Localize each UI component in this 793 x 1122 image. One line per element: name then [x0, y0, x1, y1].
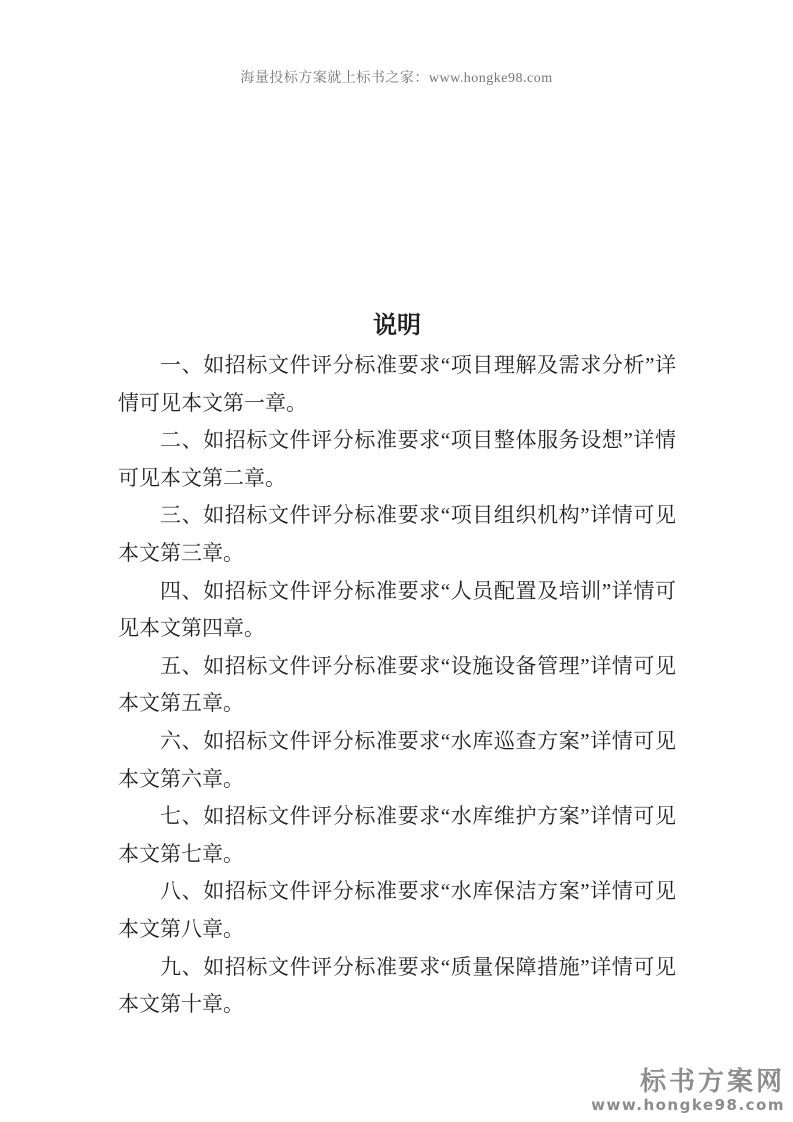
paragraph-9: 九、如招标文件评分标准要求“质量保障措施”详情可见本文第十章。: [118, 949, 676, 1024]
document-body: 说明 一、如招标文件评分标准要求“项目理解及需求分析”详情可见本文第一章。 二、…: [118, 305, 676, 1024]
watermark-site-url: www.hongke98.com: [591, 1096, 785, 1114]
paragraph-1: 一、如招标文件评分标准要求“项目理解及需求分析”详情可见本文第一章。: [118, 347, 676, 422]
watermark: 标书方案网 www.hongke98.com: [591, 1066, 785, 1114]
paragraph-7: 七、如招标文件评分标准要求“水库维护方案”详情可见本文第七章。: [118, 798, 676, 873]
paragraph-2: 二、如招标文件评分标准要求“项目整体服务设想”详情可见本文第二章。: [118, 422, 676, 497]
paragraph-3: 三、如招标文件评分标准要求“项目组织机构”详情可见本文第三章。: [118, 497, 676, 572]
paragraph-5: 五、如招标文件评分标准要求“设施设备管理”详情可见本文第五章。: [118, 648, 676, 723]
document-title: 说明: [118, 305, 676, 347]
paragraph-8: 八、如招标文件评分标准要求“水库保洁方案”详情可见本文第八章。: [118, 873, 676, 948]
document-page: 海量投标方案就上标书之家：www.hongke98.com 说明 一、如招标文件…: [0, 0, 793, 1122]
paragraph-6: 六、如招标文件评分标准要求“水库巡查方案”详情可见本文第六章。: [118, 723, 676, 798]
watermark-site-name: 标书方案网: [591, 1066, 785, 1096]
paragraph-4: 四、如招标文件评分标准要求“人员配置及培训”详情可见本文第四章。: [118, 573, 676, 648]
page-header-note: 海量投标方案就上标书之家：www.hongke98.com: [0, 67, 793, 87]
